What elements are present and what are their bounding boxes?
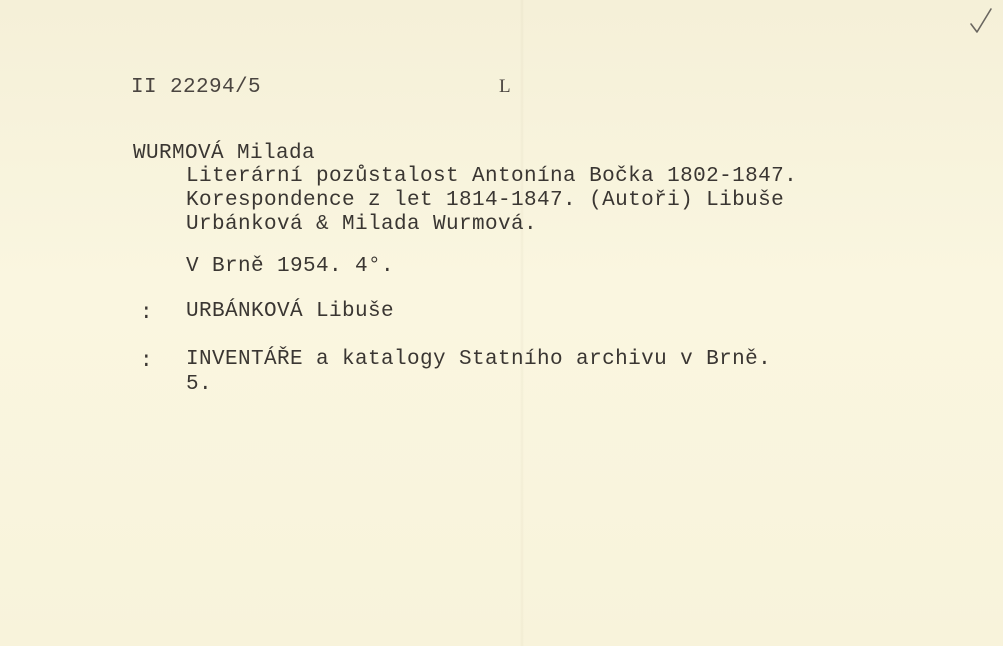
catalog-card: II 22294/5 L WURMOVÁ Milada Literární po… xyxy=(0,0,1003,646)
location-letter: L xyxy=(499,77,511,96)
added-entry-coauthor: URBÁNKOVÁ Libuše xyxy=(186,301,394,322)
imprint: V Brně 1954. 4°. xyxy=(186,256,394,277)
added-entry-marker: : xyxy=(140,303,153,324)
added-entry-series: INVENTÁŘE a katalogy Statního archivu v … xyxy=(186,349,771,370)
title-line-1: Literární pozůstalost Antonína Bočka 180… xyxy=(186,166,797,187)
shelf-mark: II 22294/5 xyxy=(131,77,261,98)
title-line-2: Korespondence z let 1814-1847. (Autoři) … xyxy=(186,190,784,211)
title-line-3: Urbánková & Milada Wurmová. xyxy=(186,214,537,235)
added-entry-series-number: 5. xyxy=(186,374,212,395)
check-mark-icon xyxy=(968,6,994,36)
main-entry-author: WURMOVÁ Milada xyxy=(133,143,315,164)
added-entry-marker: : xyxy=(140,351,153,372)
